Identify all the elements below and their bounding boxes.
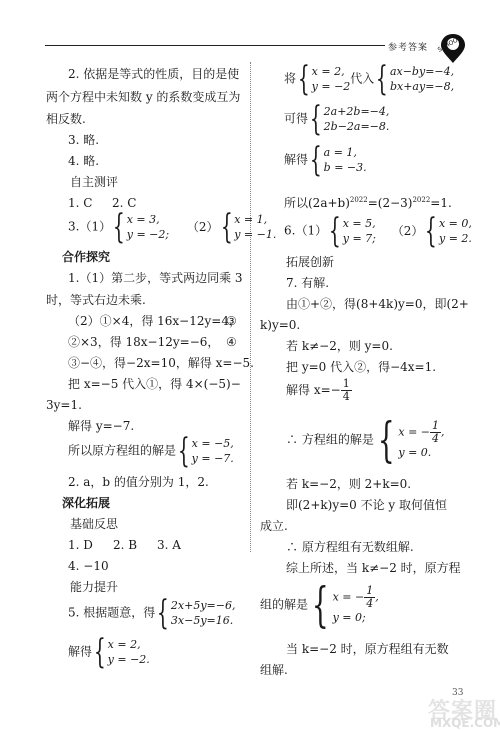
jichu-4: 4. −10 (68, 558, 109, 574)
equation-row: y = −1. (234, 227, 276, 242)
answer-7-line13: 当 k=−2 时，原方程组有无数 (286, 641, 449, 657)
tag-4: ④ (226, 334, 237, 350)
label: ∴ 方程组的解是 (286, 433, 374, 447)
jichu-3: 3. A (157, 537, 181, 553)
answer-2-line3: 相反数. (46, 111, 86, 127)
right-substitute: 将{x = 2,y = −2代入{ax−by=−4,bx+ay=−8, (284, 64, 454, 94)
hezuo-1-line2: 时，等式右边未乘. (46, 292, 146, 308)
watermark-url: MXQE.COM (430, 716, 500, 730)
equation-row: y = 2. (439, 231, 472, 246)
hezuo-3: 2. a，b 的值分别为 1，2. (68, 474, 209, 490)
equation-row: a = 1, (324, 145, 367, 160)
equation-row: y = 0. (398, 445, 444, 460)
right-suoyi: 所以(2a+b)2022=(2−3)2022=1. (284, 192, 452, 211)
answer-7-line10: ∴ 原方程组有无数组解. (286, 539, 414, 555)
expr: 所以(2a+b) (284, 196, 350, 210)
section-zizhu-ceping: 自主测评 (70, 174, 118, 190)
answer-4: 4. 略. (68, 153, 99, 169)
zizhu-1: 1. C (68, 195, 92, 211)
answer-7-line4: 把 y=0 代入②，得−4x=1. (286, 359, 436, 375)
equation-row: y = 0; (333, 610, 379, 625)
equation-row: y = −2 (312, 79, 351, 94)
equation-row: y = −7. (192, 451, 234, 466)
answer-7-line7: 若 k=−2，则 2+k=0. (286, 476, 411, 492)
zizhu-3-label: 3.（1） (68, 220, 111, 234)
label: 解得 (284, 153, 308, 167)
label: 将 (284, 72, 296, 86)
answer-3: 3. 略. (68, 132, 99, 148)
answer-7-line5: 解得 x=−14 (286, 378, 352, 403)
nengli-5-solution: 解得{x = 2,y = −2. (68, 637, 150, 667)
hezuo-2c: ③−④，得−2x=10，解得 x=−5. (68, 355, 254, 371)
column-divider (250, 62, 251, 552)
denominator: 4 (343, 391, 350, 403)
label: （2） (392, 224, 424, 238)
answer-7-line9: 成立. (260, 518, 288, 534)
nengli-5-label: 5. 根据题意，得 (68, 606, 155, 620)
nengli-5: 5. 根据题意，得{2x+5y=−6,3x−5y=16. (68, 598, 235, 628)
label: 6.（1） (284, 224, 327, 238)
hezuo-2e: 3y=1. (46, 397, 82, 413)
answer-7-line1: 由①+②，得(8+4k)y=0，即(2+ (286, 296, 469, 312)
fraction: 14 (430, 420, 441, 445)
equation-row: 2b−2a=−8. (324, 119, 390, 134)
exponent: 2022 (350, 196, 368, 204)
equation-row: bx+ay=−8, (390, 79, 454, 94)
nengli-5-sol-label: 解得 (68, 645, 92, 659)
jichu-1: 1. D (68, 537, 93, 553)
denominator: 4 (366, 598, 373, 610)
equation-row: y = −2; (127, 227, 169, 242)
school-pin-logo-icon: SCHOOL (436, 30, 470, 66)
answer-7-line6: ∴ 方程组的解是{x = −14,y = 0. (286, 418, 445, 462)
answer-7-line2: k)y=0. (260, 317, 300, 333)
right-kede: 可得{2a+2b=−4,2b−2a=−8. (284, 104, 389, 134)
jichu-2: 2. B (113, 537, 137, 553)
right-jiede: 解得{a = 1,b = −3. (284, 145, 367, 175)
expr: 解得 x=− (286, 383, 341, 397)
header-rule (45, 45, 385, 46)
answer-2-line1: 2. 依据是等式的性质，目的是使 (68, 66, 239, 82)
equation-row: x = 1, (234, 212, 276, 227)
answer-7-line11: 综上所述，当 k≠−2 时，原方程 (286, 560, 461, 576)
hezuo-1-line1: 1.（1）第二步，等式两边同乘 3 (68, 270, 243, 286)
equation-row: x = 2, (312, 64, 351, 79)
label: 组的解是 (260, 598, 308, 612)
equation-row: 2x+5y=−6, (171, 598, 236, 613)
fraction: 14 (364, 585, 375, 610)
answer-7-line3: 若 k≠−2，则 y=0. (286, 338, 393, 354)
equation-row: y = 7; (343, 231, 376, 246)
section-hezuo-tanjiu: 合作探究 (62, 249, 110, 265)
hezuo-2b: ②×3，得 18x−12y=−6， (68, 334, 219, 350)
fraction: 14 (341, 378, 352, 403)
expr: x = − (333, 591, 365, 604)
hezuo-2g: 所以原方程组的解是{x = −5,y = −7. (68, 436, 234, 466)
equation-row: x = −5, (192, 436, 234, 451)
hezuo-2d: 把 x=−5 代入①，得 4×(−5)− (68, 376, 241, 392)
expr: =(2−3) (368, 196, 413, 210)
tag-3: ③ (226, 313, 237, 329)
right-answer-6: 6.（1）{x = 5,y = 7; （2）{x = 0,y = 2. (284, 216, 472, 246)
equation-row: ax−by=−4, (390, 64, 454, 79)
equation-row: y = −2. (108, 652, 150, 667)
equation-row: 2a+2b=−4, (324, 104, 390, 119)
equation-row: b = −3. (324, 160, 367, 175)
denominator: 4 (432, 433, 439, 445)
equation-row: x = 2, (108, 637, 150, 652)
section-shenhua-tuozhan: 深化拓展 (62, 495, 110, 511)
label: 代入 (350, 72, 374, 86)
exponent: 2022 (412, 196, 430, 204)
subsection-jichu-fansi: 基础反思 (70, 516, 118, 532)
expr: =1. (430, 196, 452, 210)
subsection-nengli-tisheng: 能力提升 (70, 579, 118, 595)
answer-7-line8: 即(2+k)y=0 不论 y 取何值恒 (286, 497, 447, 513)
expr: x = − (398, 426, 430, 439)
hezuo-2f: 解得 y=−7. (68, 418, 134, 434)
zizhu-3-label2: （2） (187, 220, 219, 234)
equation-row: x = 3, (127, 212, 169, 227)
answer-7-line12: 组的解是{x = −14,y = 0; (260, 583, 379, 627)
zizhu-3: 3.（1）{x = 3,y = −2; （2）{x = 1,y = −1. (68, 212, 276, 242)
equation-row: 3x−5y=16. (171, 613, 236, 628)
answer-7-line14: 组解. (260, 662, 288, 678)
label: 可得 (284, 112, 308, 126)
answer-2-line2: 两个方程中未知数 y 的系数变成互为 (46, 89, 240, 105)
header-title: 参考答案 (388, 40, 428, 53)
answer-7: 7. 有解. (286, 275, 329, 291)
section-tuozhan-chuangxin: 拓展创新 (286, 254, 334, 270)
equation-row: x = 0, (439, 216, 472, 231)
equation-row: x = 5, (343, 216, 376, 231)
hezuo-2g-label: 所以原方程组的解是 (68, 444, 176, 458)
page-number: 33 (452, 688, 463, 698)
hezuo-2a: （2）①×4，得 16x−12y=4， (68, 313, 241, 329)
